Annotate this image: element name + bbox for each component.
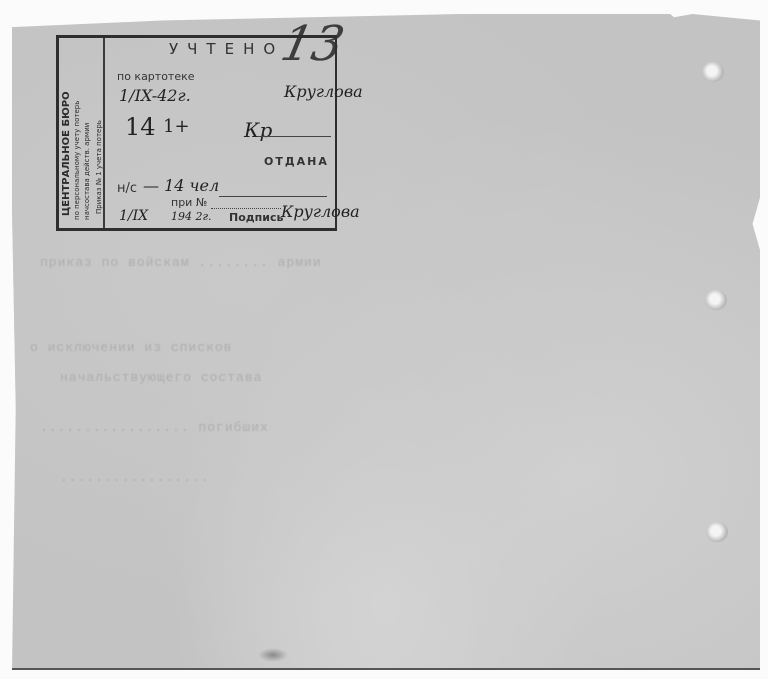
count-label: н/с — [117, 181, 137, 196]
count-value: — 14 чел — [143, 176, 219, 195]
ref-rule — [211, 208, 281, 209]
date-entered: 1/IX-42г. — [119, 86, 191, 105]
bleed-through-line: о исключении из списков — [30, 340, 232, 355]
bleed-through-line: ................. — [60, 470, 210, 485]
count-rule — [219, 196, 327, 197]
bleed-through-line: приказ по войскам ........ армии — [40, 255, 322, 270]
stamp-rule — [257, 136, 331, 137]
date-bottom: 1/IX — [119, 208, 148, 224]
number-right: 1+ — [163, 116, 190, 137]
status-label: ОТДАНА — [264, 155, 329, 168]
stamp-side-panel: ЦЕНТРАЛЬНОЕ БЮРО по персональному учету … — [59, 38, 105, 228]
clerk-signature-top: Круглова — [284, 82, 363, 101]
stamp-side-line: Приказ № 1 учета потерь — [95, 120, 103, 214]
card-file-label: по картотеке — [117, 70, 195, 83]
stamp-title: УЧТЕНО — [169, 40, 284, 58]
paper-tear — [258, 648, 288, 662]
registration-stamp: ЦЕНТРАЛЬНОЕ БЮРО по персональному учету … — [56, 35, 337, 231]
stamp-side-title: ЦЕНТРАЛЬНОЕ БЮРО — [61, 91, 72, 216]
ref-label: при № — [171, 196, 207, 209]
stamp-side-line: по персональному учету потерь — [73, 101, 81, 220]
punch-hole-top — [702, 62, 724, 82]
year-bottom: 194 2г. — [171, 210, 212, 223]
signature-label: Подпись — [229, 211, 283, 224]
bleed-through-line: ................. погибших — [40, 420, 269, 435]
punch-hole-bottom — [706, 522, 728, 542]
punch-hole-middle — [705, 290, 727, 310]
number-left: 14 — [125, 113, 156, 141]
bleed-through-line: начальствующего состава — [60, 370, 262, 385]
initials: Кр — [244, 118, 272, 142]
signature-bottom: Круглова — [281, 202, 360, 221]
stamp-side-line: начсостава действ. армии — [83, 123, 91, 220]
